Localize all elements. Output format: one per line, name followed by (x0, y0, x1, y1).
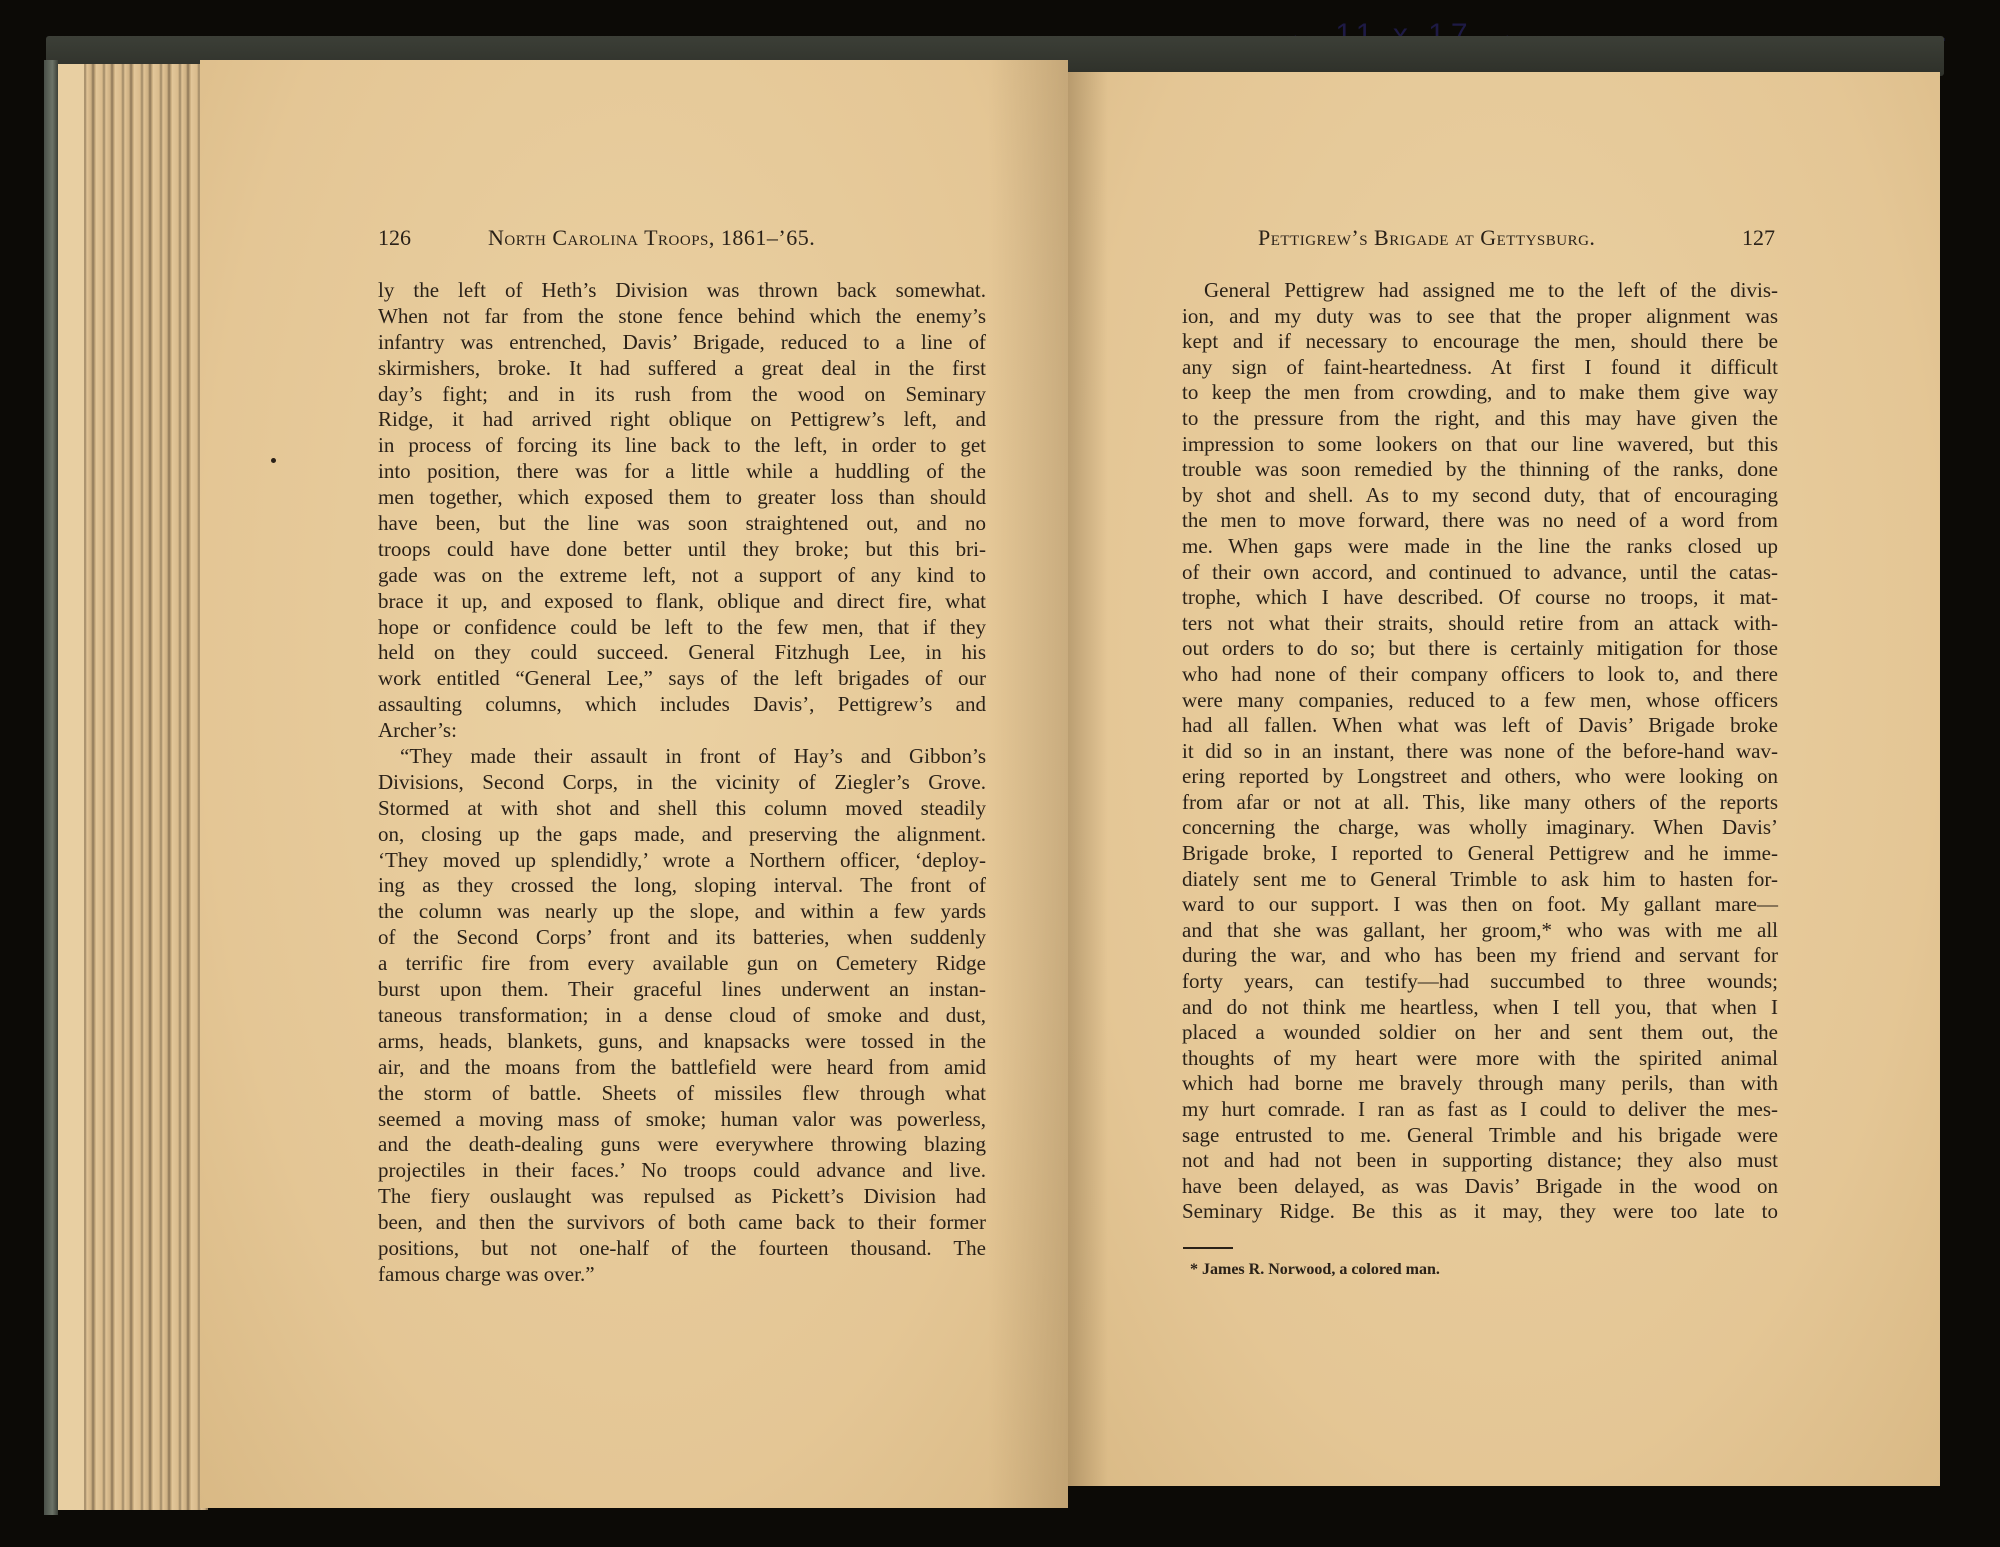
text-line: positions, but not one-half of the fourt… (378, 1236, 986, 1262)
text-line: have been delayed, as was Davis’ Brigade… (1182, 1174, 1778, 1200)
text-line: assaulting columns, which includes Davis… (378, 692, 986, 718)
text-line: my hurt comrade. I ran as fast as I coul… (1182, 1097, 1778, 1123)
text-line: by shot and shell. As to my second duty,… (1182, 483, 1778, 509)
text-line: out orders to do so; but there is certai… (1182, 636, 1778, 662)
text-line: The fiery ouslaught was repulsed as Pick… (378, 1184, 986, 1210)
body-text: General Pettigrew had assigned me to the… (1182, 278, 1778, 1225)
text-line: “They made their assault in front of Hay… (378, 744, 986, 770)
text-line: and the death-dealing guns were everywhe… (378, 1132, 986, 1158)
text-line: Stormed at with shot and shell this colu… (378, 796, 986, 822)
text-line: of their own accord, and continued to ad… (1182, 560, 1778, 586)
text-line: of the Second Corps’ front and its batte… (378, 925, 986, 951)
text-line: during the war, and who has been my frie… (1182, 943, 1778, 969)
text-line: forty years, can testify—had succumbed t… (1182, 969, 1778, 995)
text-line: had all fallen. When what was left of Da… (1182, 713, 1778, 739)
text-line: into position, there was for a little wh… (378, 459, 986, 485)
text-line: were many companies, reduced to a few me… (1182, 688, 1778, 714)
text-line: thoughts of my heart were more with the … (1182, 1046, 1778, 1072)
text-line: work entitled “General Lee,” says of the… (378, 666, 986, 692)
text-line: been, and then the survivors of both cam… (378, 1210, 986, 1236)
body-text: ly the left of Heth’s Division was throw… (378, 278, 986, 1288)
text-line: the men to move forward, there was no ne… (1182, 508, 1778, 534)
text-line: famous charge was over.” (378, 1262, 986, 1288)
text-line: trophe, which I have described. Of cours… (1182, 585, 1778, 611)
text-line: troops could have done better until they… (378, 537, 986, 563)
text-line: hope or confidence could be left to the … (378, 615, 986, 641)
footnote-rule (1183, 1247, 1233, 1249)
text-line: ering reported by Longstreet and others,… (1182, 764, 1778, 790)
text-line: taneous transformation; in a dense cloud… (378, 1003, 986, 1029)
text-line: Ridge, it had arrived right oblique on P… (378, 407, 986, 433)
text-line: skirmishers, broke. It had suffered a gr… (378, 356, 986, 382)
text-line: When not far from the stone fence behind… (378, 304, 986, 330)
text-line: infantry was entrenched, Davis’ Brigade,… (378, 330, 986, 356)
text-line: trouble was soon remedied by the thinnin… (1182, 457, 1778, 483)
text-line: burst upon them. Their graceful lines un… (378, 977, 986, 1003)
text-line: Archer’s: (378, 718, 986, 744)
text-line: placed a wounded soldier on her and sent… (1182, 1020, 1778, 1046)
text-line: to keep the men from crowding, and to ma… (1182, 380, 1778, 406)
text-line: men together, which exposed them to grea… (378, 485, 986, 511)
text-line: brace it up, and exposed to flank, obliq… (378, 589, 986, 615)
text-line: ward to our support. I was then on foot.… (1182, 892, 1778, 918)
text-line: the column was nearly up the slope, and … (378, 899, 986, 925)
text-line: gade was on the extreme left, not a supp… (378, 563, 986, 589)
text-line: have been, but the line was soon straigh… (378, 511, 986, 537)
text-line: day’s fight; and in its rush from the wo… (378, 382, 986, 408)
text-line: the storm of battle. Sheets of missiles … (378, 1081, 986, 1107)
text-line: Brigade broke, I reported to General Pet… (1182, 841, 1778, 867)
footnote: * James R. Norwood, a colored man. (1190, 1261, 1440, 1279)
text-line: it did so in an instant, there was none … (1182, 739, 1778, 765)
text-line: held on they could succeed. General Fitz… (378, 640, 986, 666)
text-line: projectiles in their faces.’ No troops c… (378, 1158, 986, 1184)
text-line: General Pettigrew had assigned me to the… (1182, 278, 1778, 304)
text-line: ly the left of Heth’s Division was throw… (378, 278, 986, 304)
text-line: ing as they crossed the long, sloping in… (378, 873, 986, 899)
text-line: and that she was gallant, her groom,* wh… (1182, 918, 1778, 944)
page-number: 126 (378, 225, 411, 251)
text-line: any sign of faint-heartedness. At first … (1182, 355, 1778, 381)
text-line: me. When gaps were made in the line the … (1182, 534, 1778, 560)
book-spine-edge (44, 60, 58, 1515)
text-line: kept and if necessary to encourage the m… (1182, 329, 1778, 355)
running-head: North Carolina Troops, 1861–’65. (488, 225, 815, 251)
text-line: seemed a moving mass of smoke; human val… (378, 1107, 986, 1133)
text-line: and do not think me heartless, when I te… (1182, 995, 1778, 1021)
text-line: ters not what their straits, should reti… (1182, 611, 1778, 637)
running-head: Pettigrew’s Brigade at Gettysburg. (1258, 225, 1595, 251)
text-line: impression to some lookers on that our l… (1182, 432, 1778, 458)
text-line: a terrific fire from every available gun… (378, 951, 986, 977)
text-line: which had borne me bravely through many … (1182, 1071, 1778, 1097)
text-line: concerning the charge, was wholly imagin… (1182, 815, 1778, 841)
text-line: air, and the moans from the battlefield … (378, 1055, 986, 1081)
text-line: in process of forcing its line back to t… (378, 433, 986, 459)
page-stack-edges (58, 64, 208, 1510)
left-page: 126 North Carolina Troops, 1861–’65. ly … (200, 60, 1068, 1508)
text-line: to the pressure from the right, and this… (1182, 406, 1778, 432)
text-line: sage entrusted to me. General Trimble an… (1182, 1123, 1778, 1149)
text-line: who had none of their company officers t… (1182, 662, 1778, 688)
text-line: Seminary Ridge. Be this as it may, they … (1182, 1199, 1778, 1225)
text-line: not and had not been in supporting dista… (1182, 1148, 1778, 1174)
text-line: ion, and my duty was to see that the pro… (1182, 304, 1778, 330)
text-line: from afar or not at all. This, like many… (1182, 790, 1778, 816)
text-line: arms, heads, blankets, guns, and knapsac… (378, 1029, 986, 1055)
page-number: 127 (1742, 225, 1775, 251)
text-line: Divisions, Second Corps, in the vicinity… (378, 770, 986, 796)
text-line: ‘They moved up splendidly,’ wrote a Nort… (378, 848, 986, 874)
margin-mark (271, 458, 276, 463)
text-line: on, closing up the gaps made, and preser… (378, 822, 986, 848)
text-line: diately sent me to General Trimble to as… (1182, 867, 1778, 893)
